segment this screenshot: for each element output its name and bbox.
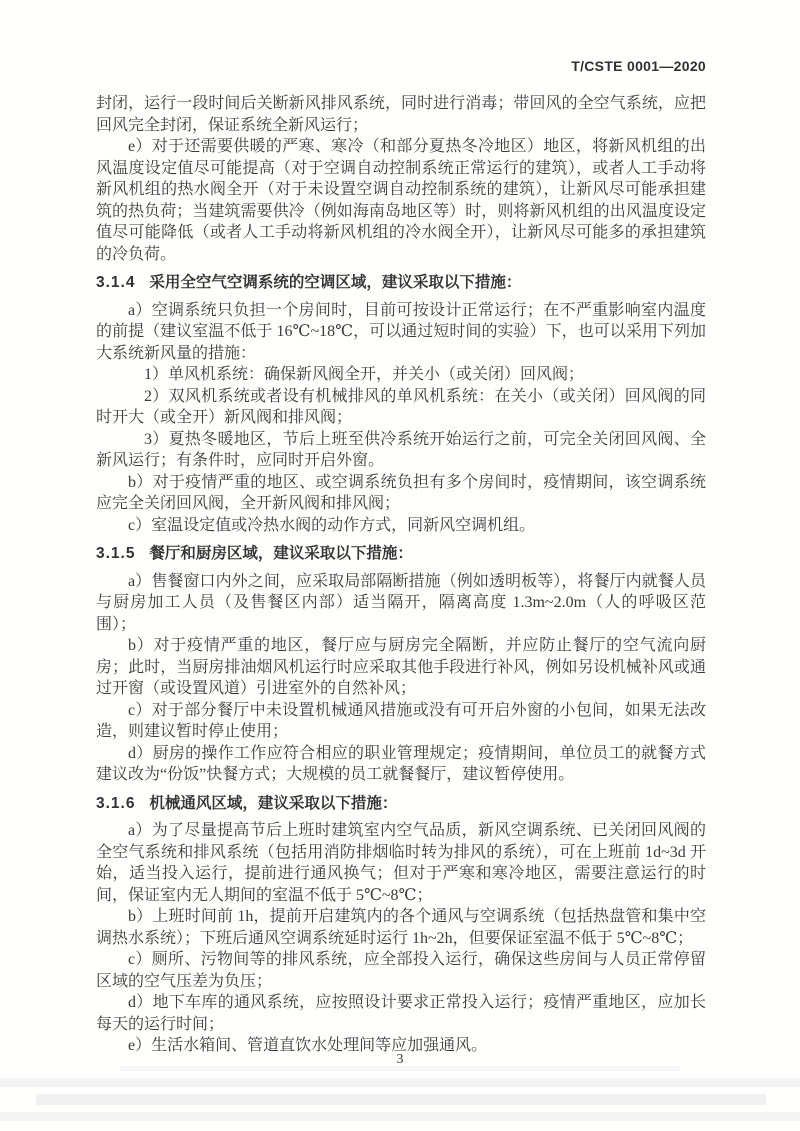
- list-item-b-epidemic-area: b）对于疫情严重的地区、或空调系统负担有多个房间时，疫情期间，该空调系统应完全关…: [96, 472, 706, 515]
- sublist-item-1-single-fan: 1）单风机系统：确保新风阀全开，并关小（或关闭）回风阀；: [96, 364, 706, 386]
- sublist-item-3-hot-summer-zone: 3）夏热冬暖地区，节后上班至供冷系统开始运行之前，可完全关闭回风阀、全新风运行；…: [96, 429, 706, 472]
- scan-artifact-band: [36, 1094, 766, 1105]
- list-item-a-pre-holiday-ventilation: a）为了尽量提高节后上班时建筑室内空气品质，新风空调系统、已关闭回风阀的全空气系…: [96, 820, 706, 906]
- list-item-b-kitchen-isolation: b）对于疫情严重的地区，餐厅应与厨房完全隔断，并应防止餐厅的空气流向厨房；此时，…: [96, 635, 706, 700]
- clause-heading-3-1-4: 3.1.4采用全空气空调系统的空调区域，建议采取以下措施：: [96, 272, 706, 294]
- scan-artifact-band: [0, 1078, 800, 1087]
- clause-heading-3-1-5: 3.1.5餐厅和厨房区域，建议采取以下措施：: [96, 543, 706, 565]
- clause-title: 餐厅和厨房区域，建议采取以下措施：: [149, 545, 413, 562]
- clause-heading-3-1-6: 3.1.6机械通风区域，建议采取以下措施：: [96, 793, 706, 815]
- page-number: 3: [0, 1052, 800, 1068]
- clause-number: 3.1.6: [96, 795, 135, 812]
- list-item-d-garage-ventilation: d）地下车库的通风系统，应按照设计要求正常投入运行；疫情严重地区，应加长每天的运…: [96, 992, 706, 1035]
- clause-title: 采用全空气空调系统的空调区域，建议采取以下措施：: [149, 274, 521, 291]
- document-number: T/CSTE 0001—2020: [571, 58, 706, 74]
- list-item-a-serving-window: a）售餐窗口内外之间，应采取局部隔断措施（例如透明板等），将餐厅内就餐人员与厨房…: [96, 571, 706, 636]
- document-body: 封闭，运行一段时间后关断新风排风系统，同时进行消毒；带回风的全空气系统，应把回风…: [96, 93, 706, 1057]
- list-item-c-private-rooms: c）对于部分餐厅中未设置机械通风措施或没有可开启外窗的小包间，如果无法改造，则建…: [96, 700, 706, 743]
- list-item-d-kitchen-operation: d）厨房的操作工作应符合相应的职业管理规定；疫情期间，单位员工的就餐方式建议改为…: [96, 743, 706, 786]
- clause-title: 机械通风区域，建议采取以下措施：: [149, 795, 397, 812]
- list-item-e-fresh-air-units: e）对于还需要供暖的严寒、寒冷（和部分夏热冬冷地区）地区，将新风机组的出风温度设…: [96, 136, 706, 265]
- list-item-a-single-room: a）空调系统只负担一个房间时，目前可按设计正常运行；在不严重影响室内温度的前提（…: [96, 300, 706, 365]
- sublist-item-2-dual-fan: 2）双风机系统或者设有机械排风的单风机系统：在关小（或关闭）回风阀的同时开大（或…: [96, 386, 706, 429]
- scan-artifact-band: [0, 1112, 800, 1121]
- clause-number: 3.1.4: [96, 274, 135, 291]
- clause-number: 3.1.5: [96, 545, 135, 562]
- list-item-c-toilet-exhaust: c）厕所、污物间等的排风系统，应全部投入运行，确保这些房间与人员正常停留区域的空…: [96, 949, 706, 992]
- list-item-c-temperature-setpoint: c）室温设定值或冷热水阀的动作方式，同新风空调机组。: [96, 515, 706, 537]
- document-page: T/CSTE 0001—2020 封闭，运行一段时间后关断新风排风系统，同时进行…: [0, 0, 800, 1131]
- paragraph-continuation: 封闭，运行一段时间后关断新风排风系统，同时进行消毒；带回风的全空气系统，应把回风…: [96, 93, 706, 136]
- list-item-b-work-hours-ventilation: b）上班时间前 1h，提前开启建筑内的各个通风与空调系统（包括热盘管和集中空调热…: [96, 906, 706, 949]
